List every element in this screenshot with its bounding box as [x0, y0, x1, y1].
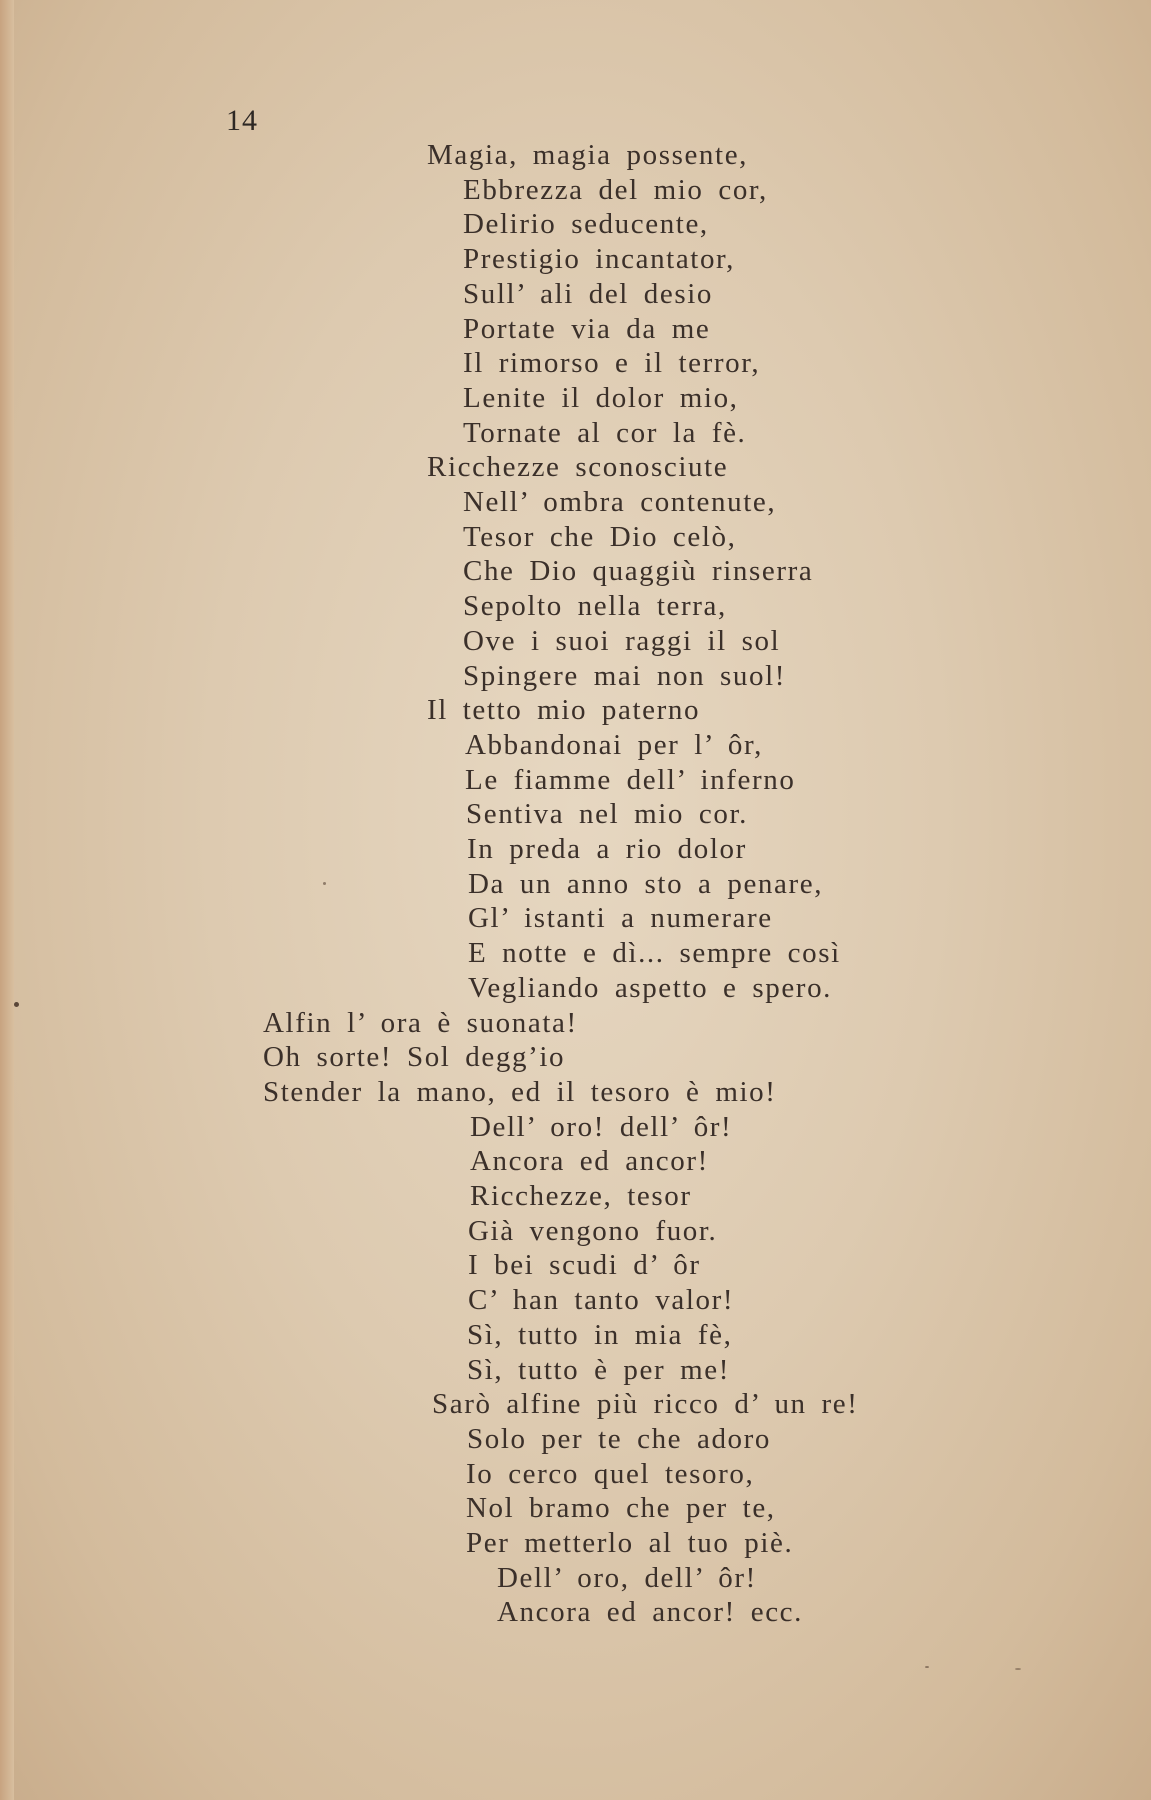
verse-line: Sì, tutto in mia fè,: [467, 1318, 732, 1352]
verse-line: Dell’ oro! dell’ ôr!: [470, 1110, 732, 1144]
verse-line: Il tetto mio paterno: [427, 693, 700, 727]
verse-line: Sarò alfine più ricco d’ un re!: [432, 1387, 858, 1421]
verse-line: Nell’ ombra contenute,: [463, 485, 776, 519]
page-binding-edge: [0, 0, 14, 1800]
verse-line: Il rimorso e il terror,: [463, 346, 760, 380]
verse-line: Gl’ istanti a numerare: [468, 901, 773, 935]
verse-line: Sì, tutto è per me!: [467, 1353, 730, 1387]
verse-line: Lenite il dolor mio,: [463, 381, 739, 415]
verse-line: Io cerco quel tesoro,: [466, 1457, 754, 1491]
verse-line: Vegliando aspetto e spero.: [468, 971, 832, 1005]
verse-line: Spingere mai non suol!: [463, 659, 786, 693]
verse-line: Delirio seducente,: [463, 207, 709, 241]
verse-line: Alfin l’ ora è suonata!: [263, 1006, 578, 1040]
paper-speck: [1015, 1668, 1021, 1670]
verse-line: Che Dio quaggiù rinserra: [463, 554, 813, 588]
verse-line: Già vengono fuor.: [468, 1214, 717, 1248]
verse-line: Per metterlo al tuo piè.: [466, 1526, 793, 1560]
verse-line: C’ han tanto valor!: [468, 1283, 734, 1317]
book-page: 14 Magia, magia possente,Ebbrezza del mi…: [0, 0, 1151, 1800]
verse-line: I bei scudi d’ ôr: [468, 1248, 701, 1282]
verse-line: Le fiamme dell’ inferno: [465, 763, 795, 797]
verse-line: Sentiva nel mio cor.: [466, 797, 748, 831]
verse-line: Dell’ oro, dell’ ôr!: [497, 1561, 757, 1595]
verse-line: Portate via da me: [463, 312, 710, 346]
verse-line: Prestigio incantator,: [463, 242, 735, 276]
paper-speck: [925, 1666, 929, 1668]
verse-line: Da un anno sto a penare,: [468, 867, 823, 901]
verse-line: In preda a rio dolor: [467, 832, 747, 866]
verse-line: Solo per te che adoro: [467, 1422, 771, 1456]
verse-line: E notte e dì... sempre così: [468, 936, 841, 970]
verse-line: Ricchezze, tesor: [470, 1179, 692, 1213]
verse-line: Tesor che Dio celò,: [463, 520, 736, 554]
verse-line: Stender la mano, ed il tesoro è mio!: [263, 1075, 777, 1109]
verse-line: Nol bramo che per te,: [466, 1491, 776, 1525]
paper-speck: [14, 1002, 19, 1007]
verse-line: Tornate al cor la fè.: [463, 416, 746, 450]
verse-line: Magia, magia possente,: [427, 138, 748, 172]
verse-line: Sull’ ali del desio: [463, 277, 713, 311]
verse-line: Ebbrezza del mio cor,: [463, 173, 768, 207]
verse-line: Oh sorte! Sol degg’io: [263, 1040, 565, 1074]
verse-line: Ancora ed ancor! ecc.: [497, 1595, 803, 1629]
verse-line: Ancora ed ancor!: [470, 1144, 709, 1178]
verse-line: Ricchezze sconosciute: [427, 450, 728, 484]
verse-line: Ove i suoi raggi il sol: [463, 624, 780, 658]
paper-speck: [323, 882, 326, 885]
verse-line: Sepolto nella terra,: [463, 589, 727, 623]
page-number: 14: [226, 104, 258, 138]
verse-line: Abbandonai per l’ ôr,: [465, 728, 763, 762]
